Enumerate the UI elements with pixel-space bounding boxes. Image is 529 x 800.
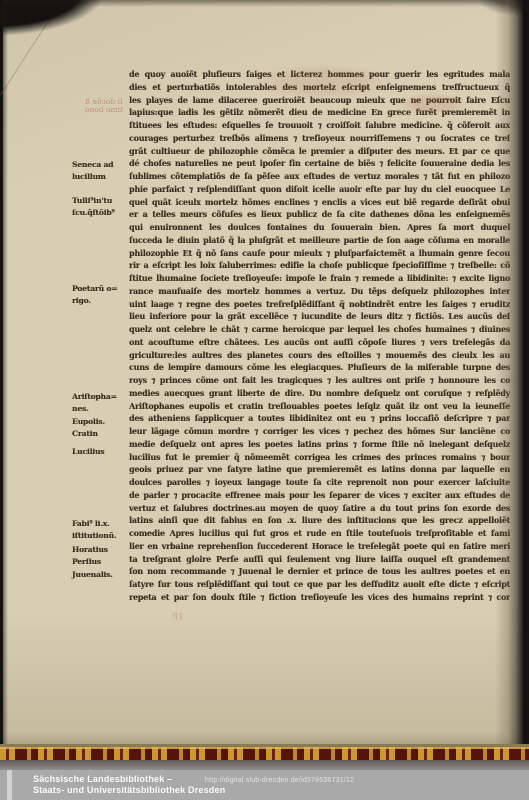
text-line: griculture:les aultres des planetes cour… — [129, 349, 510, 362]
text-line: de parler ⁊ procacite effrenee mais pour… — [129, 489, 510, 502]
margin-note: Poetarũ o=rigo. — [72, 283, 128, 308]
text-line: quel quãt iceulx mortelz hõmes enclines … — [129, 196, 510, 209]
page-crease — [0, 4, 60, 95]
footer-accent-bar — [7, 770, 12, 800]
text-line: ont acouſtume eſtre chãtees. Les aucũs o… — [129, 336, 510, 349]
text-line: rance mauſuaiſe des mortelz hommes a ver… — [129, 285, 510, 298]
text-line: lieu inferiore pour la grãt excellẽce ⁊ … — [129, 310, 510, 323]
margin-note: Fabi⁹ li.x.iſtitutionũ. — [72, 518, 128, 543]
margin-note-line: Perſius — [72, 556, 128, 568]
text-line: quelz ont celebre le chãt ⁊ carme heroic… — [129, 323, 510, 336]
margin-note-line: rigo. — [72, 295, 128, 307]
margin-note-line: Poetarũ o= — [72, 283, 128, 295]
margin-note: Tulli⁹in'tuſcu.q̃ſtõib⁹ — [72, 195, 128, 220]
text-line: ſtitue lhumaine ſociete treſioyeuſe: imp… — [129, 272, 510, 285]
text-line: dies et perturbatiõs intolerables des mo… — [129, 81, 510, 94]
margin-note-line: Horatius — [72, 544, 128, 556]
margin-note-line: ſcu.q̃ſtõib⁹ — [72, 207, 128, 219]
text-line: comedie Apres lucilius qui fut gros et r… — [129, 527, 510, 540]
margin-note-line: Eupolis. — [72, 416, 128, 428]
margin-note-line: Cratin — [72, 428, 128, 440]
text-line: ſon nom recommande ⁊ Juuenal le dernier … — [129, 565, 510, 578]
margin-note: Seneca adlucillum — [72, 159, 128, 184]
text-line: repeta et par ſon doulx ſtile ⁊ fiction … — [129, 591, 510, 604]
margin-note-line: Lucilius — [72, 446, 128, 458]
text-line: lapius:que iadis les gẽtilz nõmerẽt dieu… — [129, 106, 510, 119]
text-line: medie deſquelz ont apres les poetes lati… — [129, 438, 510, 451]
library-name-line2: Staats- und Universitätsbibliothek Dresd… — [33, 785, 225, 796]
margin-note-line: Juuenalis. — [72, 569, 128, 581]
document-url: http://digital.slub-dresden.de/id3786367… — [205, 777, 354, 784]
margin-note: Ariſtopha=nes.Eupolis.Cratin — [72, 391, 128, 441]
margin-note-line: Tulli⁹in'tu — [72, 195, 128, 207]
text-line: ta treſgrant gloire Perſe auſſi qui ſeul… — [129, 553, 510, 566]
text-line: courages perturbez treſbõs alimens ⁊ tre… — [129, 132, 510, 145]
margin-note: HoratiusPerſiusJuuenalis. — [72, 544, 128, 581]
text-line: er a telles meurs cõfuſes es lieux publi… — [129, 208, 510, 221]
text-line: lier en vrbaine reprehenſion ſuccederent… — [129, 540, 510, 553]
text-line: phie parfaict ⁊ reſplendiſſant quon diſo… — [129, 183, 510, 196]
text-line: uint laage ⁊ regne des poetes treſreſplẽ… — [129, 298, 510, 311]
text-line: ſublimes cõtemplatiõs de ſa pẽſee aux eſ… — [129, 170, 510, 183]
text-line: medies auecques grant liberte de dire. D… — [129, 387, 510, 400]
text-line: lucilius fut le premier q̃ nõmeemẽt corr… — [129, 451, 510, 464]
text-line: leur lãgage cõmun mordre ⁊ corriger les … — [129, 425, 510, 438]
text-line: vertuz et ſalubres doctrines.au moyen de… — [129, 502, 510, 515]
text-line: cuns de lempire damours cõme les elegiac… — [129, 361, 510, 374]
text-line: geois priuez par vne ſatyre latine que p… — [129, 463, 510, 476]
text-line: doulces parolles ⁊ ioyeux langage toute … — [129, 476, 510, 489]
margin-note: Lucilius — [72, 446, 128, 458]
text-line: ſucceda le diuin platõ q̃ la pluſgrãt et… — [129, 234, 510, 247]
margin-note-line: nes. — [72, 403, 128, 415]
text-line: ſatyre ſur tous reſplẽdiſſant qui tout c… — [129, 578, 510, 591]
book-edge-shadow — [0, 760, 529, 770]
ink-bleed-mark: 1b — [173, 611, 183, 620]
library-name: Sächsische Landesbibliothek – Staats- un… — [33, 774, 225, 795]
margin-note-line: iſtitutionũ. — [72, 530, 128, 542]
text-block: de quoy auoiẽt pluſieurs ſaiges et licte… — [129, 68, 510, 604]
margin-note-line: Ariſtopha= — [72, 391, 128, 403]
library-footer-bar: Sächsische Landesbibliothek – Staats- un… — [0, 770, 529, 800]
text-line: latins ainſi que dit fabius en ſon .x. l… — [129, 514, 510, 527]
text-line: philozophie Et q̃ nõ ſans cauſe pour mie… — [129, 247, 510, 260]
text-line: des atheniens ſapplicquer a toutes libid… — [129, 412, 510, 425]
margin-note-line: Fabi⁹ li.x. — [72, 518, 128, 530]
digitized-manuscript-viewer: ſi docñe 8 timo bono Seneca adlucillumTu… — [0, 0, 529, 800]
text-line: les playes de lame dilaceree gueriroiẽt … — [129, 94, 510, 107]
text-line: de quoy auoiẽt pluſieurs ſaiges et licte… — [129, 68, 510, 81]
margin-note-line: lucillum — [72, 171, 128, 183]
text-line: Ariſtophanes eupolis et cratin treſlouab… — [129, 400, 510, 413]
text-line: rir a eſcript les loix ſaluberrimes: edi… — [129, 259, 510, 272]
margin-notes: Seneca adlucillumTulli⁹in'tuſcu.q̃ſtõib⁹… — [72, 0, 128, 744]
text-line: grãt cultiueur de philozophie cõmẽca le … — [129, 145, 510, 158]
margin-note-line: Seneca ad — [72, 159, 128, 171]
library-name-line1: Sächsische Landesbibliothek – — [33, 774, 225, 785]
text-line: qui enuironnent les doulces fontaines du… — [129, 221, 510, 234]
text-line: dé choſes naturelles ne peut ipoſer fin … — [129, 157, 510, 170]
manuscript-page: ſi docñe 8 timo bono Seneca adlucillumTu… — [3, 0, 523, 744]
text-line: ſtituees les eſtudes: eſquelles ſe trouu… — [129, 119, 510, 132]
text-line: roys ⁊ princes cõme ont fait les tragicq… — [129, 374, 510, 387]
